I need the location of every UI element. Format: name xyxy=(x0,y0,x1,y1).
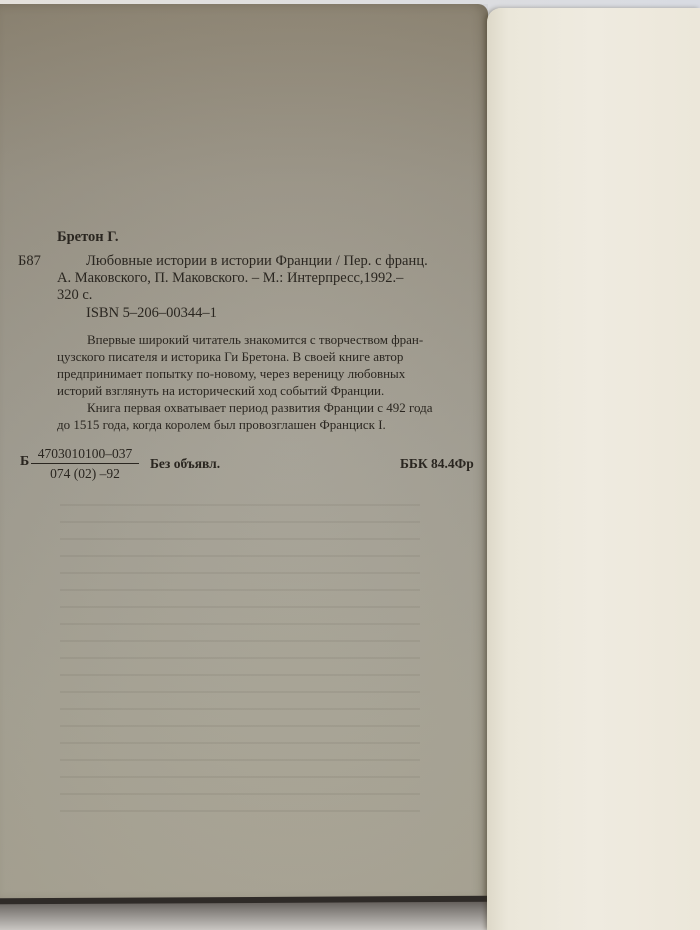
classification-code: Б87 xyxy=(18,253,41,270)
isbn: ISBN 5–206–00344–1 xyxy=(86,305,217,322)
annotation-line-3: предпринимает попытку по-новому, через в… xyxy=(57,365,405,382)
bbk-code: ББК 84.4Фр xyxy=(400,455,474,472)
annotation-line-2: цузского писателя и историка Ги Бретона.… xyxy=(57,348,403,365)
bleed-through-text xyxy=(60,504,420,824)
fraction-numerator: 4703010100–037 xyxy=(31,446,139,464)
annotation-line-5: Книга первая охватывает период развития … xyxy=(87,399,433,416)
author-name: Бретон Г. xyxy=(57,229,118,246)
annotation-line-6: до 1515 года, когда королем был провозгл… xyxy=(57,416,386,433)
bibliographic-line-1: Любовные истории в истории Франции / Пер… xyxy=(86,253,428,270)
no-announcement: Без объявл. xyxy=(150,455,220,472)
right-page xyxy=(487,8,700,930)
fraction-denominator: 074 (02) –92 xyxy=(31,464,139,482)
bibliographic-line-2: А. Маковского, П. Маковского. – М.: Инте… xyxy=(57,270,403,287)
annotation-line-4: историй взглянуть на исторический ход со… xyxy=(57,382,384,399)
bibliographic-line-3: 320 с. xyxy=(57,287,92,304)
index-fraction: 4703010100–037 074 (02) –92 xyxy=(31,446,139,482)
annotation-line-1: Впервые широкий читатель знакомится с тв… xyxy=(87,331,423,348)
footer-prefix: Б xyxy=(20,453,29,470)
